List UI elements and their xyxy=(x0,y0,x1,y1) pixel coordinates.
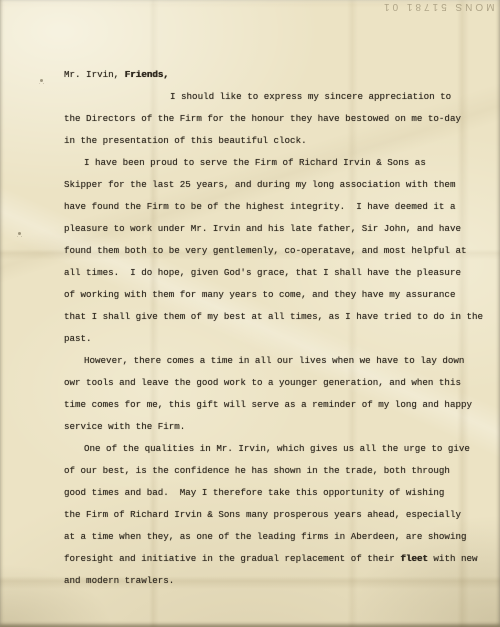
letter-line: Skipper for the last 25 years, and durin… xyxy=(64,174,494,196)
letter-line: have found the Firm to be of the highest… xyxy=(64,196,494,218)
letter-text: that I shall give them of my best at all… xyxy=(64,311,483,322)
archival-reference-pencil: MONS 51781 01 xyxy=(381,1,495,12)
letter-text: service with the Firm. xyxy=(64,421,185,432)
letter-text: found them both to be very gentlemenly, … xyxy=(64,245,466,256)
letter-text: all times. I do hope, given God's grace,… xyxy=(64,267,461,278)
letter-text: I have been proud to serve the Firm of R… xyxy=(84,157,426,168)
letter-text: past. xyxy=(64,333,92,344)
letter-line: good times and bad. May I therefore take… xyxy=(64,482,494,504)
letter-text: with new xyxy=(428,553,478,564)
letter-text: and modern trawlers. xyxy=(64,575,174,586)
letter-text: owr tools and leave the good work to a y… xyxy=(64,377,461,388)
letter-line: of our best, is the confidence he has sh… xyxy=(64,460,494,482)
letter-text: Friends, xyxy=(125,69,169,80)
letter-text: However, there comes a time in all our l… xyxy=(84,355,464,366)
letter-line: I have been proud to serve the Firm of R… xyxy=(64,152,494,174)
letter-text: of working with them for many years to c… xyxy=(64,289,455,300)
letter-text: the Directors of the Firm for the honour… xyxy=(64,113,461,124)
letter-line: past. xyxy=(64,328,494,350)
letter-text: of our best, is the confidence he has sh… xyxy=(64,465,450,476)
letter-line: Mr. Irvin, Friends, xyxy=(64,64,494,86)
letter-text: time comes for me, this gift will serve … xyxy=(64,399,472,410)
letter-line: all times. I do hope, given God's grace,… xyxy=(64,262,494,284)
letter-line: that I shall give them of my best at all… xyxy=(64,306,494,328)
letter-text: good times and bad. May I therefore take… xyxy=(64,487,444,498)
letter-text: at a time when they, as one of the leadi… xyxy=(64,531,466,542)
letter-line: at a time when they, as one of the leadi… xyxy=(64,526,494,548)
letter-line: found them both to be very gentlemenly, … xyxy=(64,240,494,262)
letter-line: the Firm of Richard Irvin & Sons many pr… xyxy=(64,504,494,526)
pencil-mark xyxy=(40,79,43,82)
letter-body: Mr. Irvin, Friends,I should like to expr… xyxy=(64,64,494,592)
letter-text: foresight and initiative in the gradual … xyxy=(64,553,400,564)
letter-text: the Firm of Richard Irvin & Sons many pr… xyxy=(64,509,461,520)
letter-line: time comes for me, this gift will serve … xyxy=(64,394,494,416)
letter-text: have found the Firm to be of the highest… xyxy=(64,201,455,212)
letter-text: fleet xyxy=(400,553,428,564)
letter-line: foresight and initiative in the gradual … xyxy=(64,548,494,570)
letter-text: in the presentation of this beautiful cl… xyxy=(64,135,307,146)
letter-text: Mr. Irvin, xyxy=(64,69,125,80)
letter-page: MONS 51781 01 Mr. Irvin, Friends,I shoul… xyxy=(0,0,500,627)
letter-line: pleasure to work under Mr. Irvin and his… xyxy=(64,218,494,240)
letter-line: However, there comes a time in all our l… xyxy=(64,350,494,372)
letter-line: owr tools and leave the good work to a y… xyxy=(64,372,494,394)
letter-line: the Directors of the Firm for the honour… xyxy=(64,108,494,130)
letter-text: One of the qualities in Mr. Irvin, which… xyxy=(84,443,470,454)
letter-text: Skipper for the last 25 years, and durin… xyxy=(64,179,455,190)
letter-line: of working with them for many years to c… xyxy=(64,284,494,306)
letter-text: I should like to express my sincere appr… xyxy=(170,91,451,102)
letter-line: in the presentation of this beautiful cl… xyxy=(64,130,494,152)
letter-line: service with the Firm. xyxy=(64,416,494,438)
letter-line: and modern trawlers. xyxy=(64,570,494,592)
letter-line: One of the qualities in Mr. Irvin, which… xyxy=(64,438,494,460)
pencil-mark xyxy=(18,232,21,235)
letter-line: I should like to express my sincere appr… xyxy=(64,86,494,108)
letter-text: pleasure to work under Mr. Irvin and his… xyxy=(64,223,461,234)
